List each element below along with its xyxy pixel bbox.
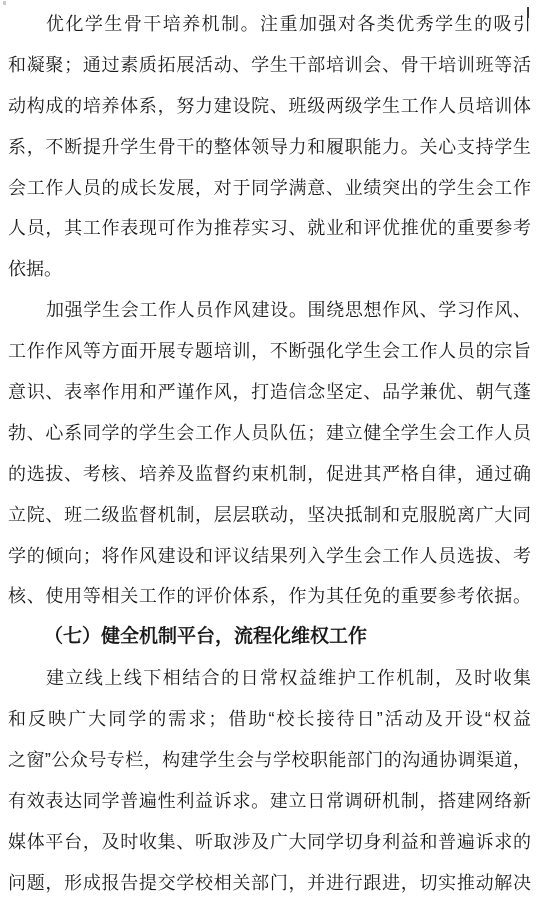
- text-line: 之窗”公众号专栏，构建学生会与学校职能部门的沟通协调渠道，: [8, 740, 531, 781]
- text-line: 人员，其工作表现可作为推荐实习、就业和评优推优的重要参考: [8, 208, 531, 249]
- text-line: 动构成的培养体系，努力建设院、班级两级学生工作人员培训体: [8, 86, 531, 127]
- text-line: 系，不断提升学生骨干的整体领导力和履职能力。关心支持学生: [8, 127, 531, 168]
- text-line: 建立线上线下相结合的日常权益维护工作机制，及时收集: [8, 658, 531, 699]
- text-line: 媒体平台，及时收集、听取涉及广大同学切身利益和普遍诉求的: [8, 822, 531, 863]
- paragraph: 建立线上线下相结合的日常权益维护工作机制，及时收集和反映广大同学的需求；借助“校…: [8, 658, 531, 903]
- text-line: 工作作风等方面开展专题培训，不断强化学生会工作人员的宗旨: [8, 331, 531, 372]
- text-line: 的选拔、考核、培养及监督约束机制，促进其严格自律，通过确: [8, 454, 531, 495]
- text-line: 依据。: [8, 249, 531, 290]
- page-corner-artifact: [3, 1, 6, 5]
- text-line: 会工作人员的成长发展，对于同学满意、业绩突出的学生会工作: [8, 168, 531, 209]
- paragraph: 加强学生会工作人员作风建设。围绕思想作风、学习作风、工作作风等方面开展专题培训，…: [8, 290, 531, 617]
- text-line: 意识、表率作用和严谨作风，打造信念坚定、品学兼优、朝气蓬: [8, 372, 531, 413]
- document-body[interactable]: 优化学生骨干培养机制。注重加强对各类优秀学生的吸引和凝聚；通过素质拓展活动、学生…: [8, 4, 531, 904]
- text-line: 学的倾向；将作风建设和评议结果列入学生会工作人员选拔、考: [8, 536, 531, 577]
- text-line: 有效表达同学普遍性利益诉求。建立日常调研机制，搭建网络新: [8, 781, 531, 822]
- text-line: 勃、心系同学的学生会工作人员队伍；建立健全学生会工作人员: [8, 413, 531, 454]
- text-line: 加强学生会工作人员作风建设。围绕思想作风、学习作风、: [8, 290, 531, 331]
- text-line: 问题，形成报告提交学校相关部门，并进行跟进，切实推动解决: [8, 863, 531, 904]
- text-line: 和反映广大同学的需求；借助“校长接待日”活动及开设“权益: [8, 699, 531, 740]
- heading-line: （七）健全机制平台，流程化维权工作: [8, 617, 531, 658]
- document-page: 优化学生骨干培养机制。注重加强对各类优秀学生的吸引和凝聚；通过素质拓展活动、学生…: [0, 0, 538, 917]
- text-cursor-mark: [527, 7, 529, 18]
- text-line: 立院、班二级监督机制，层层联动，坚决抵制和克服脱离广大同: [8, 495, 531, 536]
- text-line: 优化学生骨干培养机制。注重加强对各类优秀学生的吸引: [8, 4, 531, 45]
- paragraph: 优化学生骨干培养机制。注重加强对各类优秀学生的吸引和凝聚；通过素质拓展活动、学生…: [8, 4, 531, 290]
- section-heading: （七）健全机制平台，流程化维权工作: [8, 617, 531, 658]
- text-line: 核、使用等相关工作的评价体系，作为其任免的重要参考依据。: [8, 576, 531, 617]
- text-line: 和凝聚；通过素质拓展活动、学生干部培训会、骨干培训班等活: [8, 45, 531, 86]
